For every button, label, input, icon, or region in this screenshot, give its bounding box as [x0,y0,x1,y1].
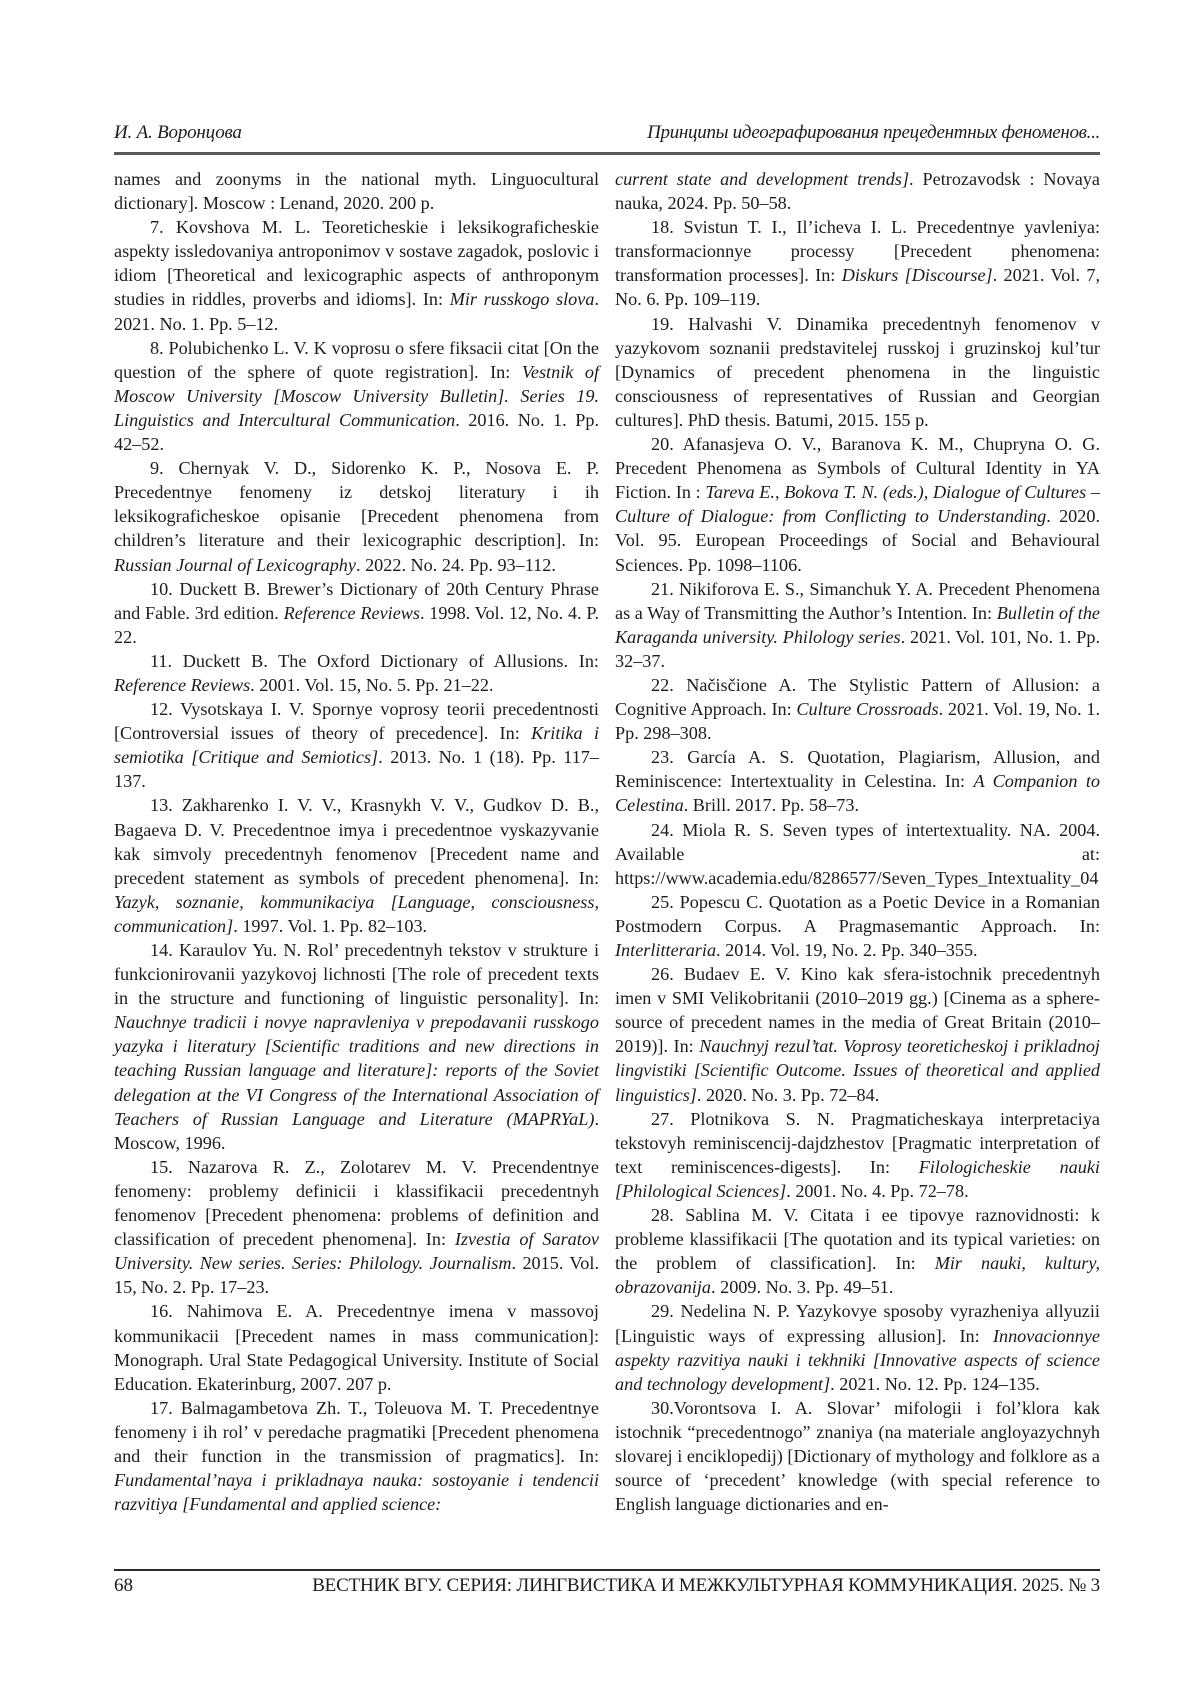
right-column: current state and development trends]. P… [615,167,1100,1516]
reference-item: 25. Popescu C. Quotation as a Poetic Dev… [615,890,1100,962]
left-column: names and zoonyms in the national myth. … [114,167,599,1516]
reference-item: 17. Balmagambetova Zh. T., Toleuova M. T… [114,1396,599,1516]
reference-item: 20. Afanasjeva O. V., Baranova K. M., Ch… [615,432,1100,577]
reference-item: 23. García A. S. Quotation, Plagiarism, … [615,745,1100,817]
reference-item: 14. Karaulov Yu. N. Rol’ precedentnyh te… [114,938,599,1155]
header-running-title: Принципы идеографирования прецедентных ф… [647,122,1100,144]
header-author: И. А. Воронцова [114,122,242,144]
reference-item: 13. Zakharenko I. V. V., Krasnykh V. V.,… [114,793,599,938]
running-footer: 68 ВЕСТНИК ВГУ. СЕРИЯ: ЛИНГВИСТИКА И МЕЖ… [114,1575,1100,1601]
reference-item: 29. Nedelina N. P. Yazykovye sposoby vyr… [615,1299,1100,1395]
reference-item: 30.Vorontsova I. A. Slovar’ mifologii i … [615,1396,1100,1516]
reference-item: names and zoonyms in the national myth. … [114,167,599,215]
references-list: names and zoonyms in the national myth. … [114,167,1100,1562]
reference-item: 10. Duckett B. Brewer’s Dictionary of 20… [114,577,599,649]
journal-title: ВЕСТНИК ВГУ. СЕРИЯ: ЛИНГВИСТИКА И МЕЖКУЛ… [312,1575,1100,1597]
reference-item: 12. Vysotskaya I. V. Spornye voprosy teo… [114,697,599,793]
page-number: 68 [114,1575,133,1597]
reference-item: 22. Načisčione A. The Stylistic Pattern … [615,673,1100,745]
reference-item: current state and development trends]. P… [615,167,1100,215]
reference-item: 15. Nazarova R. Z., Zolotarev M. V. Prec… [114,1155,599,1300]
reference-item: 24. Miola R. S. Seven types of intertext… [615,818,1100,890]
reference-item: 18. Svistun T. I., Il’icheva I. L. Prece… [615,215,1100,311]
reference-item: 7. Kovshova M. L. Teoreticheskie i leksi… [114,215,599,335]
reference-item: 26. Budaev E. V. Kino kak sfera-istochni… [615,962,1100,1107]
running-header: И. А. Воронцова Принципы идеографировани… [114,122,1100,152]
header-rule [114,152,1100,155]
reference-item: 8. Polubichenko L. V. K voprosu o sfere … [114,336,599,456]
reference-item: 19. Halvashi V. Dinamika precedentnyh fe… [615,312,1100,432]
reference-item: 27. Plotnikova S. N. Pragmaticheskaya in… [615,1107,1100,1203]
reference-item: 21. Nikiforova E. S., Simanchuk Y. A. Pr… [615,577,1100,673]
reference-item: 28. Sablina M. V. Citata i ee tipovye ra… [615,1203,1100,1299]
reference-item: 11. Duckett B. The Oxford Dictionary of … [114,649,599,697]
footer-rule [114,1569,1100,1571]
reference-item: 9. Chernyak V. D., Sidorenko K. P., Noso… [114,456,599,576]
reference-item: 16. Nahimova E. A. Precedentnye imena v … [114,1299,599,1395]
